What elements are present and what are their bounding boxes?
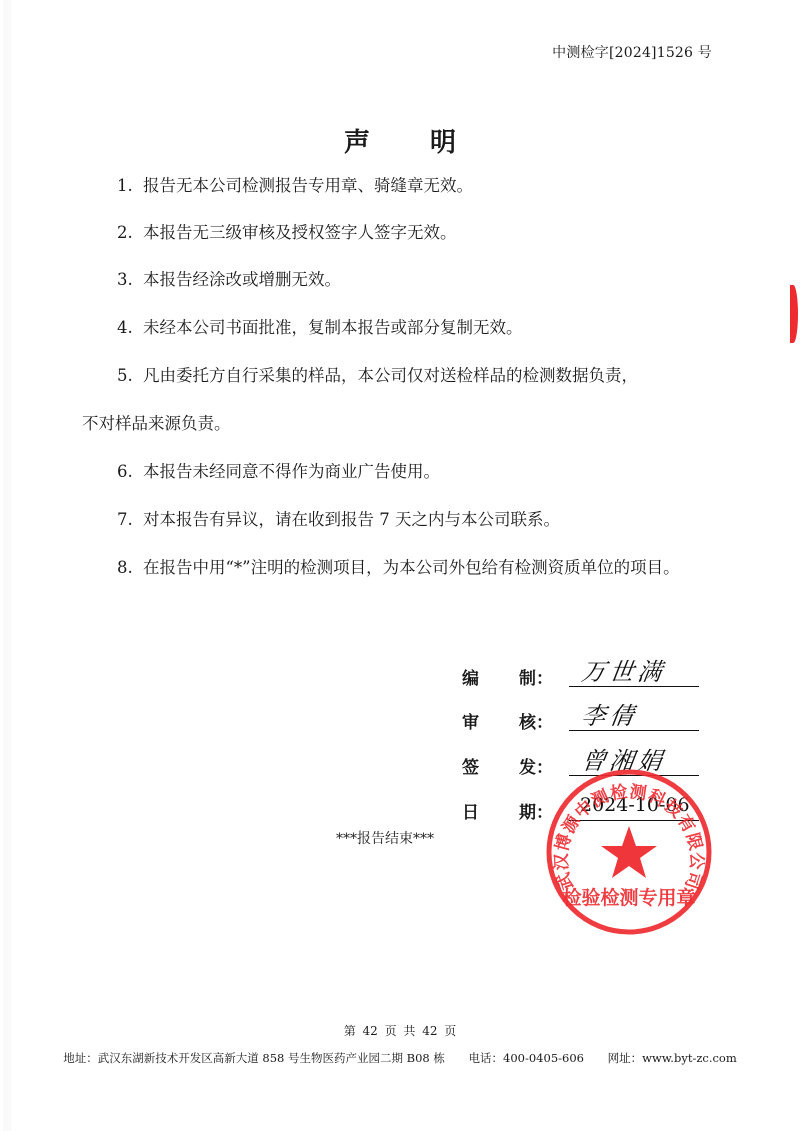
title-char-1: 声 [344,122,370,159]
page-footer: 地址：武汉东湖新技术开发区高新大道 858 号生物医药产业园二期 B08 栋 电… [0,1050,800,1066]
footer-address: 地址：武汉东湖新技术开发区高新大道 858 号生物医药产业园二期 B08 栋 [63,1051,445,1065]
signature-line [569,820,699,821]
signature-label: 签 [462,753,479,778]
page-title: 声明 [0,122,800,159]
statement-text: 对本报告有异议，请在收到报告 7 天之内与本公司联系。 [143,510,560,529]
signature-line [569,775,699,776]
statement-1: 1.报告无本公司检测报告专用章、骑缝章无效。 [117,176,473,196]
statement-number: 7. [117,510,143,530]
report-number: 中测检字[2024]1526 号 [552,42,712,62]
statement-number: 3. [117,270,143,290]
statement-text: 本报告未经同意不得作为商业广告使用。 [143,462,440,481]
statement-8: 8.在报告中用“*”注明的检测项目，为本公司外包给有检测资质单位的项目。 [117,558,680,578]
statement-number: 4. [117,318,143,338]
signature-label: 核： [519,708,553,733]
seam-seal-fragment [790,285,798,343]
statement-text: 未经本公司书面批准，复制本报告或部分复制无效。 [143,318,523,337]
statement-number: 8. [117,558,143,578]
handwritten-signature: 曾湘娟 [580,741,669,776]
signature-label: 编 [462,664,479,689]
signature-row-date: 日 期： 2024-10-06 [462,792,702,822]
page-number: 第 42 页 共 42 页 [0,1022,800,1039]
signature-label: 发： [519,753,553,778]
signature-label: 期： [519,798,553,823]
statement-text: 凡由委托方自行采集的样品，本公司仅对送检样品的检测数据负责， [143,366,638,385]
statement-4: 4.未经本公司书面批准，复制本报告或部分复制无效。 [117,318,523,338]
signature-row-reviewer: 审 核： 李倩 [462,702,702,732]
handwritten-signature: 李倩 [580,696,641,731]
scan-edge [3,0,11,1131]
statement-text: 在报告中用“*”注明的检测项目，为本公司外包给有检测资质单位的项目。 [143,558,680,577]
footer-phone: 电话：400-0405-606 [469,1051,584,1065]
signature-label: 审 [462,708,479,733]
footer-website: 网址：www.byt-zc.com [608,1051,737,1065]
signature-label: 制： [519,664,553,689]
signature-row-issuer: 签 发： 曾湘娟 [462,747,702,777]
statement-text: 本报告无三级审核及授权签字人签字无效。 [143,223,457,242]
statement-number: 2. [117,223,143,243]
statement-2: 2.本报告无三级审核及授权签字人签字无效。 [117,223,457,243]
issue-date: 2024-10-06 [580,794,690,816]
statement-5: 5.凡由委托方自行采集的样品，本公司仅对送检样品的检测数据负责， [117,366,638,386]
handwritten-signature: 万世满 [580,652,669,687]
statement-number: 6. [117,462,143,482]
statement-number: 5. [117,366,143,386]
signature-row-compiler: 编 制： 万世满 [462,658,702,688]
statement-3: 3.本报告经涂改或增删无效。 [117,270,341,290]
statement-text: 本报告经涂改或增删无效。 [143,270,341,289]
statement-number: 1. [117,176,143,196]
statement-7: 7.对本报告有异议，请在收到报告 7 天之内与本公司联系。 [117,510,560,530]
seal-purpose: 检验检测专用章 [562,886,695,909]
signature-line [569,730,699,731]
signature-label: 日 [462,798,479,823]
statement-text: 报告无本公司检测报告专用章、骑缝章无效。 [143,176,473,195]
title-char-2: 明 [430,122,456,159]
statement-6: 6.本报告未经同意不得作为商业广告使用。 [117,462,440,482]
report-end-mark: ***报告结束*** [336,828,434,848]
signature-line [569,686,699,687]
statement-5-continuation: 不对样品来源负责。 [82,414,231,434]
